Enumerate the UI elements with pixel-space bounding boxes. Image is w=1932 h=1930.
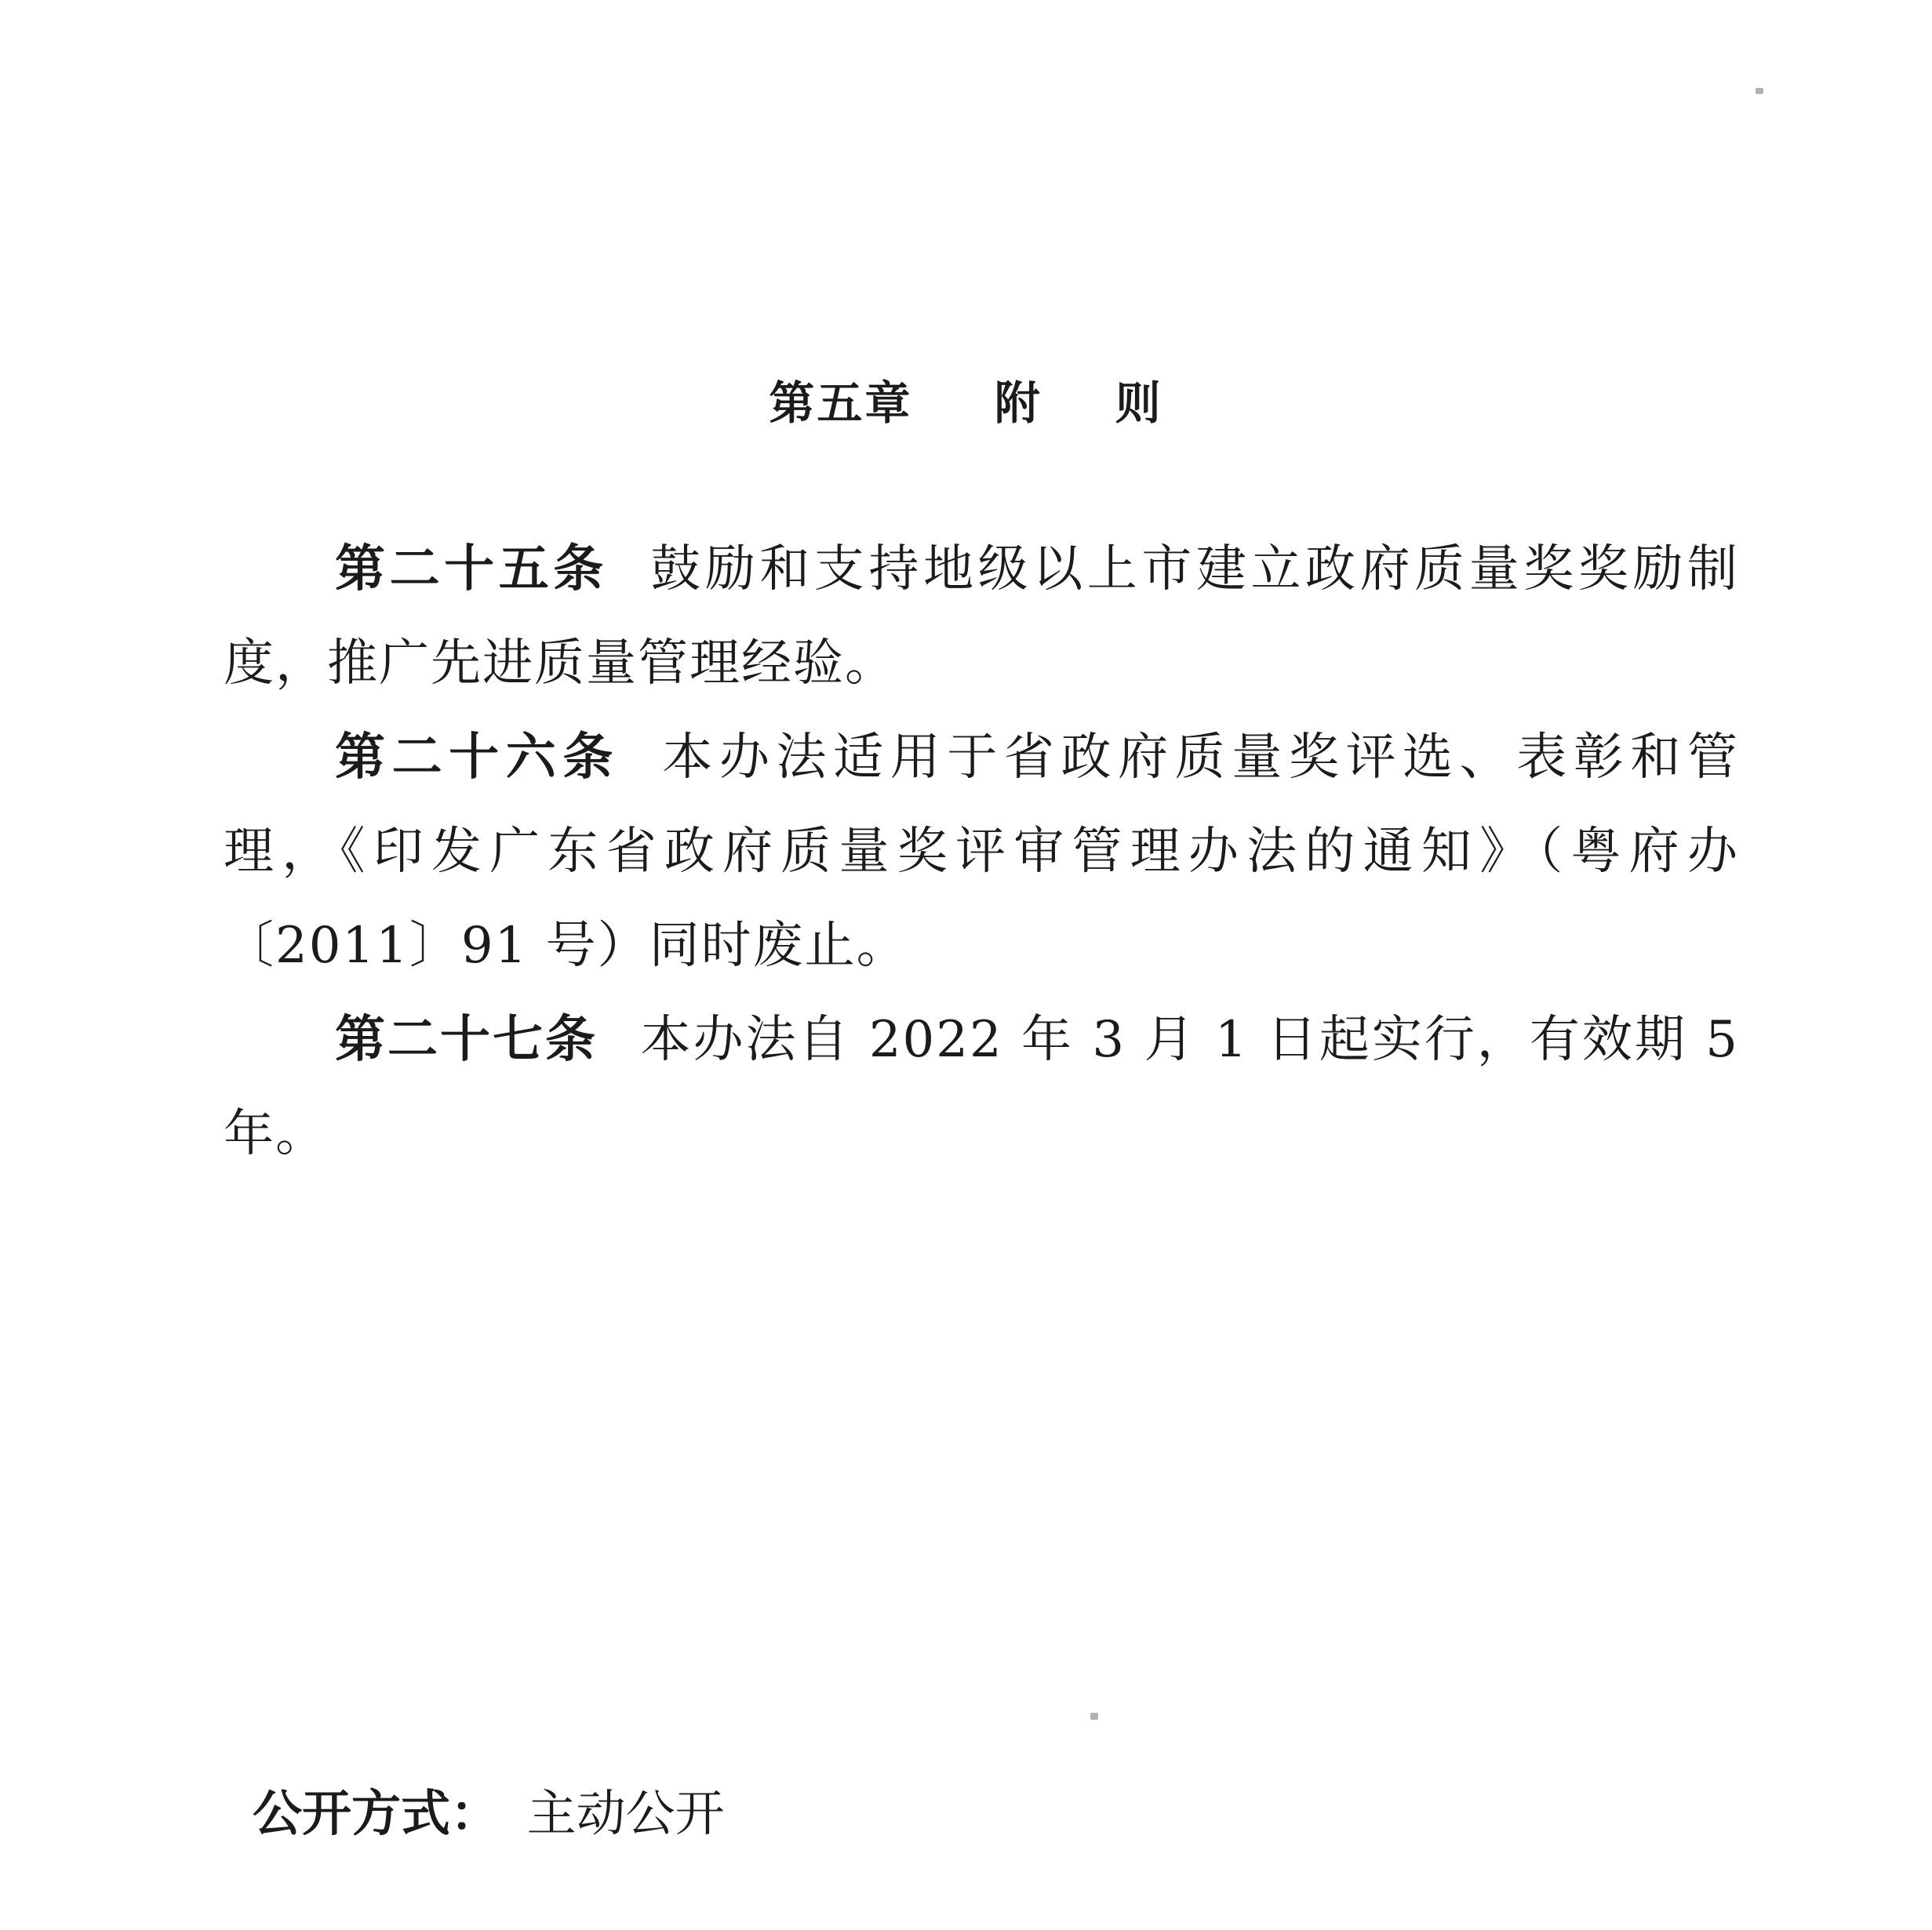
- scan-artifact-dot: [1756, 88, 1763, 94]
- article-26-line-2: 理，《印发广东省政府质量奖评审管理办法的通知》（粤府办: [224, 805, 1739, 899]
- article-26-text-cont-2: 〔2011〕91 号）同时废止。: [224, 917, 908, 975]
- disclosure-line: 公开方式：主动公开: [253, 1779, 725, 1849]
- article-25-number: 第二十五条: [335, 540, 608, 598]
- article-25-line-1: 第二十五条鼓励和支持地级以上市建立政府质量奖奖励制: [224, 522, 1739, 616]
- document-body: 第二十五条鼓励和支持地级以上市建立政府质量奖奖励制 度，推广先进质量管理经验。 …: [224, 522, 1739, 1181]
- chapter-heading: 第五章附则: [0, 378, 1932, 428]
- article-25-line-2: 度，推广先进质量管理经验。: [224, 616, 1739, 711]
- article-26-text: 本办法适用于省政府质量奖评选、表彰和管: [662, 729, 1739, 787]
- article-27-line-1: 第二十七条本办法自 2022 年 3 月 1 日起实行，有效期 5: [224, 993, 1739, 1087]
- article-26-number: 第二十六条: [335, 729, 620, 787]
- article-27-number: 第二十七条: [335, 1011, 598, 1069]
- chapter-title-char-2: 则: [1115, 376, 1163, 430]
- article-27-text: 本办法自 2022 年 3 月 1 日起实行，有效期 5: [640, 1011, 1739, 1069]
- document-page: 第五章附则 第二十五条鼓励和支持地级以上市建立政府质量奖奖励制 度，推广先进质量…: [0, 0, 1932, 1930]
- article-26-line-1: 第二十六条本办法适用于省政府质量奖评选、表彰和管: [224, 711, 1739, 805]
- disclosure-label: 公开方式：: [253, 1785, 500, 1842]
- article-25-text: 鼓励和支持地级以上市建立政府质量奖奖励制: [650, 540, 1739, 598]
- article-26-text-cont-1: 理，《印发广东省政府质量奖评审管理办法的通知》（粤府办: [224, 823, 1739, 881]
- article-26-line-3: 〔2011〕91 号）同时废止。: [224, 899, 1739, 993]
- scan-artifact-dot: [1090, 1713, 1098, 1720]
- chapter-number: 第五章: [769, 376, 912, 430]
- chapter-title-char-1: 附: [995, 376, 1042, 430]
- article-27-line-2: 年。: [224, 1087, 1739, 1181]
- article-27-text-cont: 年。: [224, 1105, 327, 1163]
- disclosure-value: 主动公开: [527, 1785, 725, 1842]
- article-25-text-cont: 度，推广先进质量管理经验。: [224, 634, 897, 692]
